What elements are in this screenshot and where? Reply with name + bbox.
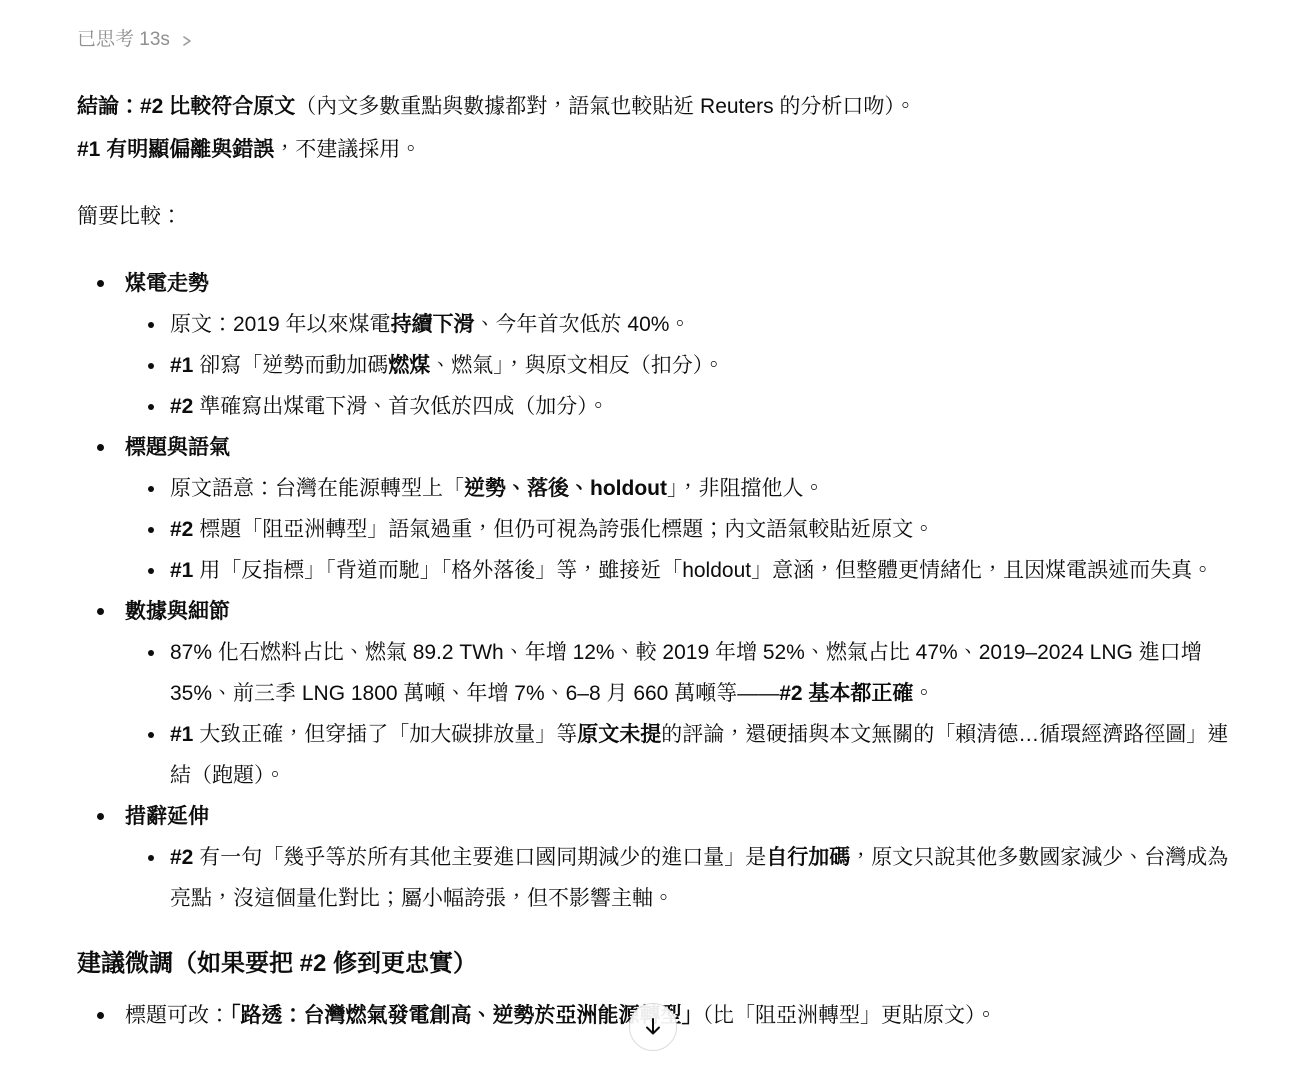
list-item-data-details: 數據與細節 87% 化石燃料占比、燃氣 89.2 TWh、年增 12%、較 20…	[125, 591, 1230, 796]
text-segment: 有一句「幾乎等於所有其他主要進口國同期減少的進口量」是	[193, 846, 766, 869]
scroll-to-bottom-button[interactable]	[629, 1003, 677, 1051]
text-segment: 結論：#2 比較符合原文	[77, 95, 295, 118]
sublist: 原文語意：台灣在能源轉型上「逆勢、落後、holdout」，非阻擋他人。 #2 標…	[125, 468, 1230, 591]
conclusion-line-1: 結論：#2 比較符合原文（內文多數重點與數據都對，語氣也較貼近 Reuters …	[77, 85, 1230, 128]
text-segment: #1	[170, 559, 193, 582]
chevron-right-icon	[180, 32, 193, 48]
text-segment: （內文多數重點與數據都對，語氣也較貼近 Reuters 的分析口吻）。	[295, 95, 916, 118]
text-segment: ，不建議採用。	[274, 138, 421, 161]
assistant-message: 已思考 13s 結論：#2 比較符合原文（內文多數重點與數據都對，語氣也較貼近 …	[0, 0, 1296, 1036]
list-item: #1 用「反指標」「背道而馳」「格外落後」等，雖接近「holdout」意涵，但整…	[170, 550, 1230, 591]
list-item-wording: 措辭延伸 #2 有一句「幾乎等於所有其他主要進口國同期減少的進口量」是自行加碼，…	[125, 796, 1230, 919]
text-segment: #1	[170, 723, 193, 746]
conclusion-paragraph: 結論：#2 比較符合原文（內文多數重點與數據都對，語氣也較貼近 Reuters …	[77, 85, 1230, 171]
text-segment: 原文語意：台灣在能源轉型上「	[170, 477, 464, 500]
sublist: 87% 化石燃料占比、燃氣 89.2 TWh、年增 12%、較 2019 年增 …	[125, 632, 1230, 796]
text-segment: 、今年首次低於 40%。	[475, 313, 691, 336]
arrow-down-icon	[641, 1015, 665, 1039]
text-segment: #2 基本都正確	[779, 682, 913, 705]
list-item: #2 有一句「幾乎等於所有其他主要進口國同期減少的進口量」是自行加碼，原文只說其…	[170, 837, 1230, 919]
text-segment: #1	[170, 354, 193, 377]
list-item: #2 準確寫出煤電下滑、首次低於四成（加分）。	[170, 386, 1230, 427]
text-segment: 卻寫「逆勢而動加碼	[193, 354, 388, 377]
list-item-coal-trend: 煤電走勢 原文：2019 年以來煤電持續下滑、今年首次低於 40%。 #1 卻寫…	[125, 263, 1230, 427]
thinking-label: 已思考 13s	[77, 28, 170, 52]
thinking-summary[interactable]: 已思考 13s	[77, 28, 1230, 52]
text-segment: #1 有明顯偏離與錯誤	[77, 138, 274, 161]
section-title: 措辭延伸	[125, 796, 1230, 837]
text-segment: 燃煤	[388, 354, 430, 377]
text-segment: #2	[170, 518, 193, 541]
text-segment: #2	[170, 846, 193, 869]
text-segment: #2	[170, 395, 193, 418]
text-segment: 87% 化石燃料占比、燃氣 89.2 TWh、年增 12%、較 2019 年增 …	[170, 641, 1202, 705]
list-item: 原文語意：台灣在能源轉型上「逆勢、落後、holdout」，非阻擋他人。	[170, 468, 1230, 509]
text-segment: 」，非阻擋他人。	[667, 477, 825, 500]
text-segment: 原文未提	[577, 723, 661, 746]
list-item: #1 卻寫「逆勢而動加碼燃煤、燃氣」，與原文相反（扣分）。	[170, 345, 1230, 386]
section-title: 煤電走勢	[125, 263, 1230, 304]
text-segment: （比「阻亞洲轉型」更貼原文）。	[703, 1004, 997, 1027]
text-segment: 自行加碼	[766, 846, 850, 869]
conclusion-line-2: #1 有明顯偏離與錯誤，不建議採用。	[77, 128, 1230, 171]
list-item: 87% 化石燃料占比、燃氣 89.2 TWh、年增 12%、較 2019 年增 …	[170, 632, 1230, 714]
text-segment: 大致正確，但穿插了「加大碳排放量」等	[193, 723, 577, 746]
suggestion-heading: 建議微調（如果要把 #2 修到更忠實）	[77, 947, 1230, 981]
sublist: #2 有一句「幾乎等於所有其他主要進口國同期減少的進口量」是自行加碼，原文只說其…	[125, 837, 1230, 919]
text-segment: 逆勢、落後、holdout	[464, 477, 667, 500]
section-title: 數據與細節	[125, 591, 1230, 632]
text-segment: 持續下滑	[391, 313, 475, 336]
list-item: 標題可改：「路透：台灣燃氣發電創高、逆勢於亞洲能源轉型」（比「阻亞洲轉型」更貼原…	[125, 995, 1230, 1036]
text-segment: 。	[913, 682, 934, 705]
comparison-list: 煤電走勢 原文：2019 年以來煤電持續下滑、今年首次低於 40%。 #1 卻寫…	[77, 263, 1230, 919]
list-item-title-tone: 標題與語氣 原文語意：台灣在能源轉型上「逆勢、落後、holdout」，非阻擋他人…	[125, 427, 1230, 591]
section-title: 標題與語氣	[125, 427, 1230, 468]
list-item: 原文：2019 年以來煤電持續下滑、今年首次低於 40%。	[170, 304, 1230, 345]
text-segment: 用「反指標」「背道而馳」「格外落後」等，雖接近「holdout」意涵，但整體更情…	[193, 559, 1213, 582]
text-segment: 、燃氣」，與原文相反（扣分）。	[430, 354, 724, 377]
text-segment: 標題可改：	[125, 1004, 230, 1027]
brief-compare-label: 簡要比較：	[77, 195, 1230, 238]
list-item: #1 大致正確，但穿插了「加大碳排放量」等原文未提的評論，還硬插與本文無關的「賴…	[170, 714, 1230, 796]
list-item: #2 標題「阻亞洲轉型」語氣過重，但仍可視為誇張化標題；內文語氣較貼近原文。	[170, 509, 1230, 550]
text-segment: 標題「阻亞洲轉型」語氣過重，但仍可視為誇張化標題；內文語氣較貼近原文。	[193, 518, 934, 541]
text-segment: 準確寫出煤電下滑、首次低於四成（加分）。	[193, 395, 608, 418]
text-segment: 原文：2019 年以來煤電	[170, 313, 391, 336]
sublist: 原文：2019 年以來煤電持續下滑、今年首次低於 40%。 #1 卻寫「逆勢而動…	[125, 304, 1230, 427]
